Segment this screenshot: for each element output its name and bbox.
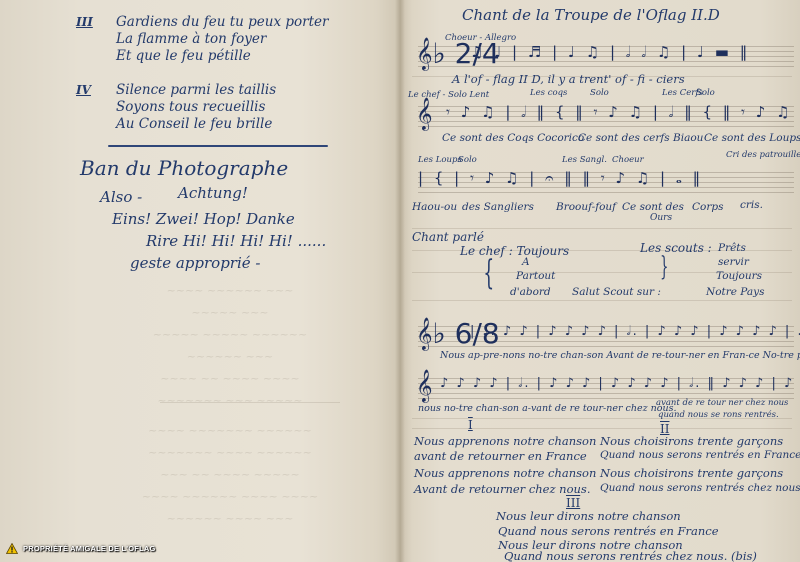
part-label: Les Sangl. — [562, 155, 607, 165]
lyrics: des Sangliers — [462, 201, 534, 213]
ban-line: Achtung! — [178, 184, 248, 202]
notebook-spread: ~~~~ ~~~~~~ ~~~ ~~~~~ ~~~ ~~~~~ ~~~~~ ~~… — [0, 0, 800, 562]
part-label: Solo — [458, 155, 477, 165]
chef-label: Le chef : Toujours — [460, 244, 569, 258]
verse-3: III Gardiens du feu tu peux porter La fl… — [80, 14, 328, 65]
bleed-through-rule — [160, 402, 340, 403]
lyrics: cris. — [740, 199, 763, 211]
lyrics: Ce sont des — [622, 201, 684, 213]
chef-line: Partout — [516, 270, 555, 282]
stanza-line: Quand nous serons rentrés en France — [600, 449, 800, 461]
stanza-line: Nous choisirons trente garçons — [600, 466, 783, 480]
music-staff-5: 𝄞 ♪ ♪ ♪ ♪ | 𝅗𝅥. | ♪ ♪ ♪ | ♪ ♪ ♪ ♪ | 𝅗𝅥. … — [418, 378, 794, 398]
ban-line: Rire Hi! Hi! Hi! Hi! ...... — [146, 232, 326, 250]
left-page: ~~~~ ~~~~~~ ~~~ ~~~~~ ~~~ ~~~~~ ~~~~~ ~~… — [0, 0, 400, 562]
part-label: Solo — [696, 88, 715, 98]
music-staff-2: 𝄞 𝄾 ♪ ♫ | 𝅗𝅥 ‖ { ‖ 𝄾 ♪ ♫ | 𝅗𝅥 ‖ { ‖ 𝄾 ♪ … — [418, 106, 794, 126]
part-label: Solo — [590, 88, 609, 98]
stanza-line: Avant de retourner chez nous. — [414, 482, 590, 496]
alt-lyrics: avant de re tour ner chez nous — [656, 398, 788, 408]
bleed-through-text: ~~~~ ~~~~~~ ~~~ ~~~~~ ~~~ ~~~~~ ~~~~~ ~~… — [120, 280, 340, 412]
right-page: Chant de la Troupe de l'Oflag II.D Choeu… — [400, 0, 800, 562]
ban-title: Ban du Photographe — [80, 156, 288, 180]
lyrics: Broouf-fouf — [556, 201, 616, 213]
lyrics: Ce sont des Loups — [704, 132, 800, 144]
alt-lyrics: quand nous se rons rentrés. — [658, 410, 779, 420]
warning-triangle-icon — [6, 543, 18, 554]
stanza-number: I — [468, 418, 473, 432]
lyrics: Haou-ou — [412, 201, 457, 213]
verse-line: Gardiens du feu tu peux porter — [80, 14, 328, 31]
part-label: Les coqs — [530, 88, 567, 98]
stanza-line: Nous choisirons trente garçons — [600, 434, 783, 448]
brace: { — [483, 256, 494, 290]
music-staff-1: 𝄞♭ 2/4 ♫ ♩ | ♬ | ♩ ♫ | 𝅗𝅥 𝅗𝅥 ♫ | ♩ ▬ ‖ — [418, 46, 794, 66]
lyrics: Ce sont des Coqs Cocorico — [442, 132, 584, 144]
scouts-label: Les scouts : — [640, 241, 712, 255]
brace: } — [660, 250, 668, 284]
notes: ♪ ♪ ♪ ♪ | 𝅗𝅥. | ♪ ♪ ♪ | ♪ ♪ ♪ ♪ | 𝅗𝅥. ‖ … — [440, 372, 800, 396]
ban-line: Also - — [100, 188, 142, 206]
part-label: Les Loups — [418, 155, 462, 165]
lyrics: Corps — [692, 201, 724, 213]
stanza-line: Quand nous serons rentrés chez nous. — [600, 482, 800, 494]
ruled-line — [412, 228, 792, 229]
verse-line: Soyons tous recueillis — [80, 99, 276, 116]
treble-clef-icon: 𝄞 — [416, 99, 433, 129]
notes: | { | 𝄾 ♪ ♫ | 𝄐 ‖ ‖ 𝄾 ♪ ♫ | 𝅝 ‖ — [418, 166, 703, 190]
watermark: PROPRIÉTÉ AMIGALE DE L'OFLAG — [6, 543, 156, 554]
lyrics: A l'of - flag II D, il y a trent' of - f… — [452, 72, 685, 86]
verse-line: La flamme à ton foyer — [80, 31, 328, 48]
verse-number: III — [76, 14, 96, 31]
chef-line: A — [522, 256, 530, 268]
chant-parle-label: Chant parlé — [412, 230, 484, 244]
stanza-line: Nous apprenons notre chanson — [414, 434, 596, 448]
scouts-line: servir — [718, 256, 749, 268]
lyrics: Ce sont des cerfs Biaou — [578, 132, 703, 144]
stanza-line: Quand nous serons rentrés chez nous. (bi… — [504, 549, 757, 562]
scouts-line: Notre Pays — [706, 286, 764, 298]
stanza-line: Nous leur dirons notre chanson — [496, 509, 681, 523]
notes: | ♩. ♪ ♪ | ♪ ♪ ♪ ♪ | 𝅗𝅥. | ♪ ♪ ♪ | ♪ ♪ ♪… — [470, 320, 800, 344]
sub-lyric: Ours — [650, 213, 672, 223]
salut-line: Salut Scout sur : — [572, 286, 661, 298]
stanza-line: Nous apprenons notre chanson — [414, 466, 596, 480]
part-label: Choeur — [612, 155, 644, 165]
watermark-text: PROPRIÉTÉ AMIGALE DE L'OFLAG — [23, 544, 156, 553]
stanza-line: Quand nous serons rentrés en France — [498, 524, 719, 538]
scouts-line: Toujours — [716, 270, 762, 282]
stanza-line: avant de retourner en France — [414, 449, 587, 463]
ruled-line — [412, 300, 792, 301]
lyrics: Nous ap-pre-nons no-tre chan-son Avant d… — [440, 350, 800, 361]
scouts-line: Prêts — [718, 242, 746, 254]
verse-line: Au Conseil le feu brille — [80, 116, 276, 133]
verse-line: Silence parmi les taillis — [80, 82, 276, 99]
music-staff-3: | { | 𝄾 ♪ ♫ | 𝄐 ‖ ‖ 𝄾 ♪ ♫ | 𝅝 ‖ — [418, 172, 794, 192]
chef-line: d'abord — [510, 286, 551, 298]
treble-clef-icon: 𝄞 — [416, 371, 433, 401]
ban-line: Eins! Zwei! Hop! Danke — [112, 210, 295, 228]
verse-line: Et que le feu pétille — [80, 48, 328, 65]
lyrics: nous no-tre chan-son a-vant de re tour-n… — [418, 403, 676, 414]
part-label: Cri des patrouilles — [726, 150, 800, 160]
bleed-through-text-lower: ~~~~ ~~~~~~~ ~~~~~~ ~~~~~~~ ~~~~ ~~~~~~ … — [120, 420, 340, 530]
section-divider — [108, 145, 328, 147]
verse-4: IV Silence parmi les taillis Soyons tous… — [80, 82, 276, 133]
ban-line: geste approprié - — [130, 254, 260, 272]
notes: 𝄾 ♪ ♫ | 𝅗𝅥 ‖ { ‖ 𝄾 ♪ ♫ | 𝅗𝅥 ‖ { ‖ 𝄾 ♪ ♫ … — [446, 100, 800, 124]
music-staff-4: 𝄞♭ 6/8 | ♩. ♪ ♪ | ♪ ♪ ♪ ♪ | 𝅗𝅥. | ♪ ♪ ♪ … — [418, 326, 794, 346]
stanza-number: III — [566, 496, 580, 510]
verse-number: IV — [76, 82, 96, 99]
song-title: Chant de la Troupe de l'Oflag II.D — [462, 6, 720, 24]
notes: ♫ ♩ | ♬ | ♩ ♫ | 𝅗𝅥 𝅗𝅥 ♫ | ♩ ▬ ‖ — [470, 40, 750, 64]
